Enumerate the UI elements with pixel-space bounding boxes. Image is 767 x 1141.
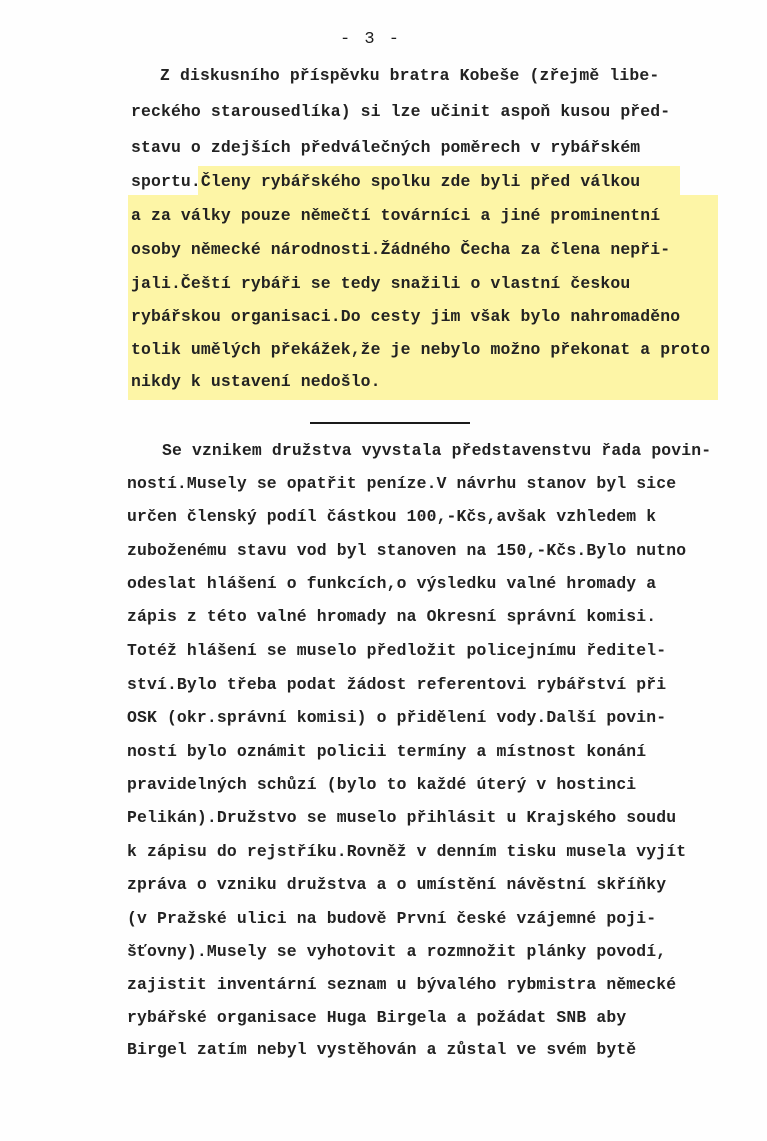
text-line: reckého starousedlíka) si lze učinit asp…: [131, 102, 670, 122]
text-line: pravidelných schůzí (bylo to každé úterý…: [127, 775, 636, 795]
text-line: a za války pouze němečtí továrníci a jin…: [131, 206, 660, 226]
text-line: osoby německé národnosti.Žádného Čecha z…: [131, 240, 670, 260]
text-line: Birgel zatím nebyl vystěhován a zůstal v…: [127, 1040, 636, 1060]
document-page: - 3 - Z diskusního příspěvku bratra Kobe…: [0, 0, 767, 1141]
text-line: Z diskusního příspěvku bratra Kobeše (zř…: [160, 66, 659, 86]
text-line: ností.Musely se opatřit peníze.V návrhu …: [127, 474, 676, 494]
text-line: ství.Bylo třeba podat žádost referentovi…: [127, 675, 666, 695]
text-line: rybářské organisace Huga Birgela a požád…: [127, 1008, 626, 1028]
section-divider: [310, 422, 470, 424]
text-line: stavu o zdejších předválečných poměrech …: [131, 138, 640, 158]
text-line: Pelikán).Družstvo se muselo přihlásit u …: [127, 808, 676, 828]
text-line: zpráva o vzniku družstva a o umístění ná…: [127, 875, 666, 895]
text-line: určen členský podíl částkou 100,-Kčs,avš…: [127, 507, 656, 527]
text-line: k zápisu do rejstříku.Rovněž v denním ti…: [127, 842, 686, 862]
text-line: tolik umělých překážek,že je nebylo možn…: [131, 340, 710, 360]
text-line: šťovny).Musely se vyhotovit a rozmnožit …: [127, 942, 666, 962]
page-number: - 3 -: [340, 30, 401, 49]
text-line: Totéž hlášení se muselo předložit police…: [127, 641, 666, 661]
text-line: OSK (okr.správní komisi) o přidělení vod…: [127, 708, 666, 728]
text-line: ností bylo oznámit policii termíny a mís…: [127, 742, 646, 762]
text-line: Se vznikem družstva vyvstala představens…: [162, 441, 711, 461]
text-line: (v Pražské ulici na budově První české v…: [127, 909, 656, 929]
text-line: rybářskou organisaci.Do cesty jim však b…: [131, 307, 680, 327]
text-line: odeslat hlášení o funkcích,o výsledku va…: [127, 574, 656, 594]
text-line: zápis z této valné hromady na Okresní sp…: [127, 607, 656, 627]
text-line: jali.Čeští rybáři se tedy snažili o vlas…: [131, 274, 630, 294]
text-line: sportu.Členy rybářského spolku zde byli …: [131, 172, 640, 192]
text-line: zajistit inventární seznam u bývalého ry…: [127, 975, 676, 995]
text-line: zuboženému stavu vod byl stanoven na 150…: [127, 541, 686, 561]
text-line: nikdy k ustavení nedošlo.: [131, 372, 381, 392]
